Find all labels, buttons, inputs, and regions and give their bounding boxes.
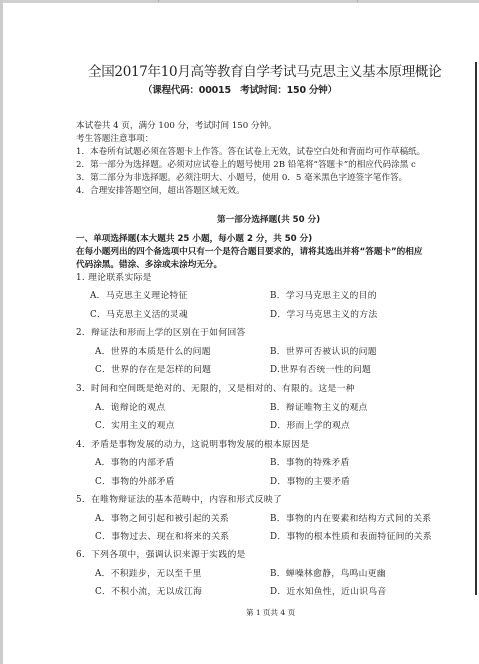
option-b: B．学习马克思主义的目的 — [270, 290, 377, 302]
exam-title: 全国2017年10月高等教育自学考试马克思主义基本原理概论 — [88, 66, 441, 78]
question-stem: 5．在唯物辩证法的基本范畴中，内容和形式反映了 — [76, 494, 282, 506]
option-a: A．诡辩论的观点 — [95, 402, 165, 414]
notice-item: 4．合理安排答题空间，超出答题区域无效。 — [76, 185, 245, 197]
question-stem: 3．时间和空间既是绝对的、无限的，又是相对的、有限的。这是一种 — [76, 383, 355, 395]
notice-heading: 考生答题注意事项： — [76, 133, 153, 145]
notice-item: 1．本卷所有试题必须在答题卡上作答。答在试卷上无效，试卷空白处和背面均可作草稿纸… — [76, 146, 425, 158]
exam-summary: 本试卷共 4 页，满分 100 分，考试时间 150 分钟。 — [76, 120, 277, 132]
section-heading: 一、单项选择题(本大题共 25 小题，每小题 2 分，共 50 分) — [76, 233, 312, 245]
option-b: B．事物的内在要素和结构方式间的关系 — [270, 513, 431, 525]
section-instructions: 在每小题列出的四个备选项中只有一个是符合题目要求的，请将其选出并将“答题卡”的相… — [76, 246, 422, 258]
option-c: C．事物过去、现在和将来的关系 — [95, 531, 229, 543]
document-page: 全国2017年10月高等教育自学考试马克思主义基本原理概论 （课程代码：0001… — [0, 0, 479, 664]
option-a: A．世界的本质是什么的问题 — [95, 346, 211, 358]
question-stem: 1. 理论联系实际是 — [76, 272, 152, 284]
option-a: A．事物的内部矛盾 — [95, 457, 174, 469]
question-stem: 6．下列各项中，强调认识来源于实践的是 — [76, 549, 246, 561]
option-b: B．事物的特殊矛盾 — [270, 457, 350, 469]
option-d: D.世界有否统一性的问题 — [270, 364, 371, 376]
option-b: B．蝉噪林愈静，鸟鸣山更幽 — [270, 568, 386, 580]
page-footer: 第 1 页共 4 页 — [246, 607, 295, 619]
notice-item: 2．第一部分为选择题。必须对应试卷上的题号使用 2B 铅笔将“答题卡”的相应代码… — [76, 159, 416, 171]
option-c: C．实用主义的观点 — [95, 420, 175, 432]
notice-item: 3．第二部分为非选择题。必须注明大、小题号，使用 0．5 毫米黑色字迹签字笔作答… — [76, 172, 407, 184]
option-a: A．事物之间引起和被引起的关系 — [95, 513, 229, 525]
option-d: D．事物的主要矛盾 — [270, 476, 350, 488]
option-d: D．形而上学的观点 — [270, 420, 350, 432]
question-stem: 4．矛盾是事物发展的动力，这说明事物发展的根本原因是 — [76, 439, 309, 451]
option-c: C．不积小流，无以成江海 — [95, 586, 202, 598]
option-c: C．世界的存在是怎样的问题 — [95, 364, 211, 376]
option-c: C．事物的外部矛盾 — [95, 476, 175, 488]
option-d: D．学习马克思主义的方法 — [270, 309, 377, 321]
option-b: B．世界可否被认识的问题 — [270, 346, 377, 358]
question-stem: 2．辩证法和形而上学的区别在于如何回答 — [76, 327, 246, 339]
exam-subtitle: （课程代码：00015 考试时间：150 分钟） — [143, 85, 337, 97]
section-instructions: 代码涂黑。错涂、多涂或未涂均无分。 — [76, 259, 222, 271]
part-heading: 第一部分选择题(共 50 分) — [217, 214, 320, 226]
option-b: B．辩证唯物主义的观点 — [270, 402, 368, 414]
option-a: A．不积跬步，无以至千里 — [95, 568, 202, 580]
option-a: A．马克思主义理论特征 — [90, 290, 188, 302]
option-d: D．近水知鱼性，近山识鸟音 — [270, 586, 387, 598]
option-d: D．事物的根本性质和表面特征间的关系 — [270, 531, 432, 543]
option-c: C．马克思主义活的灵魂 — [90, 309, 188, 321]
